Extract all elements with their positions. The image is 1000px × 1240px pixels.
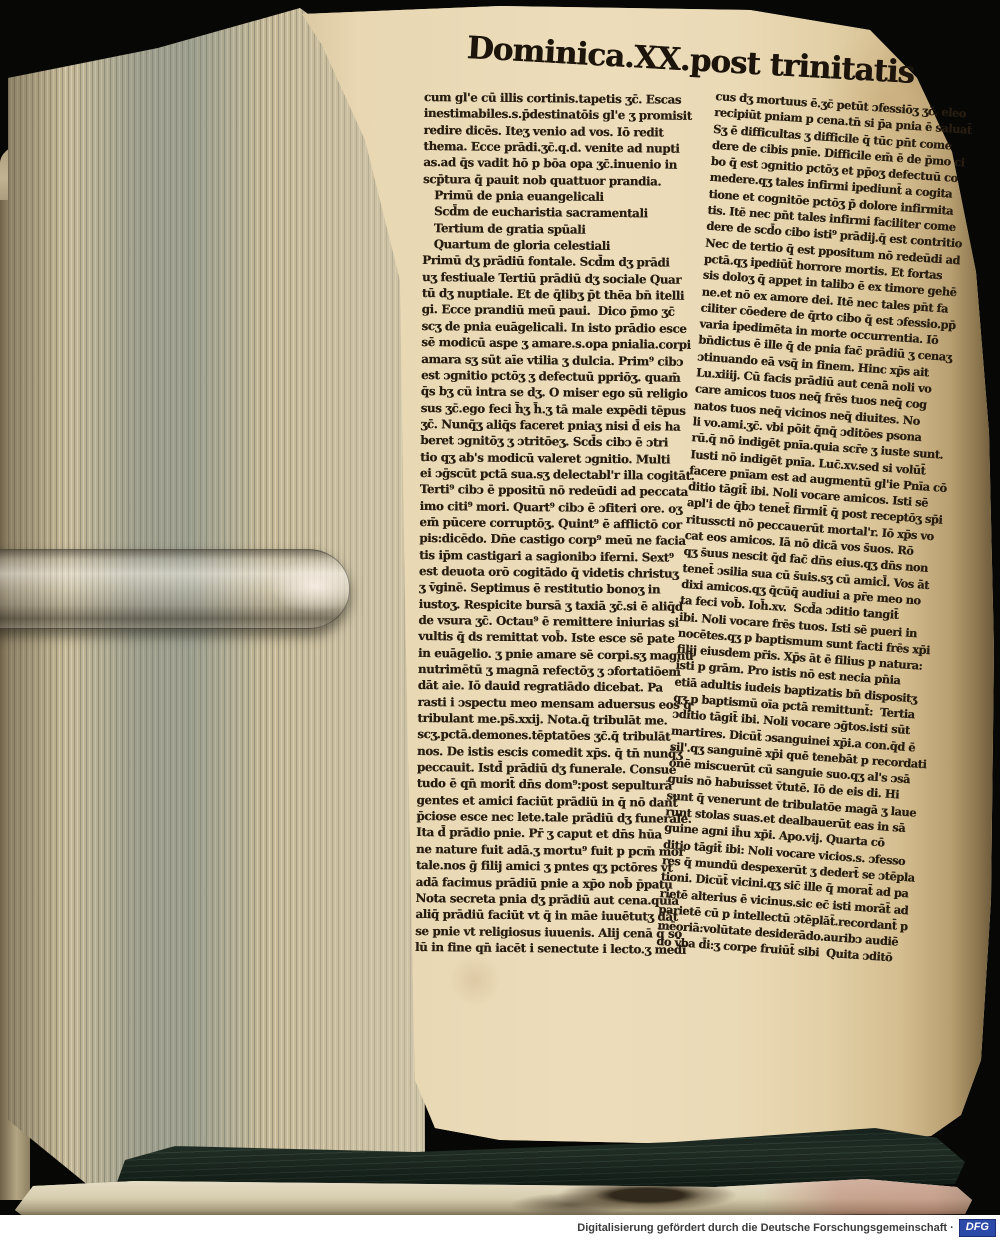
digitization-credit-bar: Digitalisierung gefördert durch die Deut… bbox=[0, 1215, 1000, 1240]
dfg-logo: DFG bbox=[959, 1219, 996, 1237]
credit-text: Digitalisierung gefördert durch die Deut… bbox=[577, 1222, 954, 1234]
glass-weight-rod bbox=[0, 549, 350, 629]
book-scan-photo: Dominica.XX.post trinitatis cum gl'e cū … bbox=[0, 0, 1000, 1215]
